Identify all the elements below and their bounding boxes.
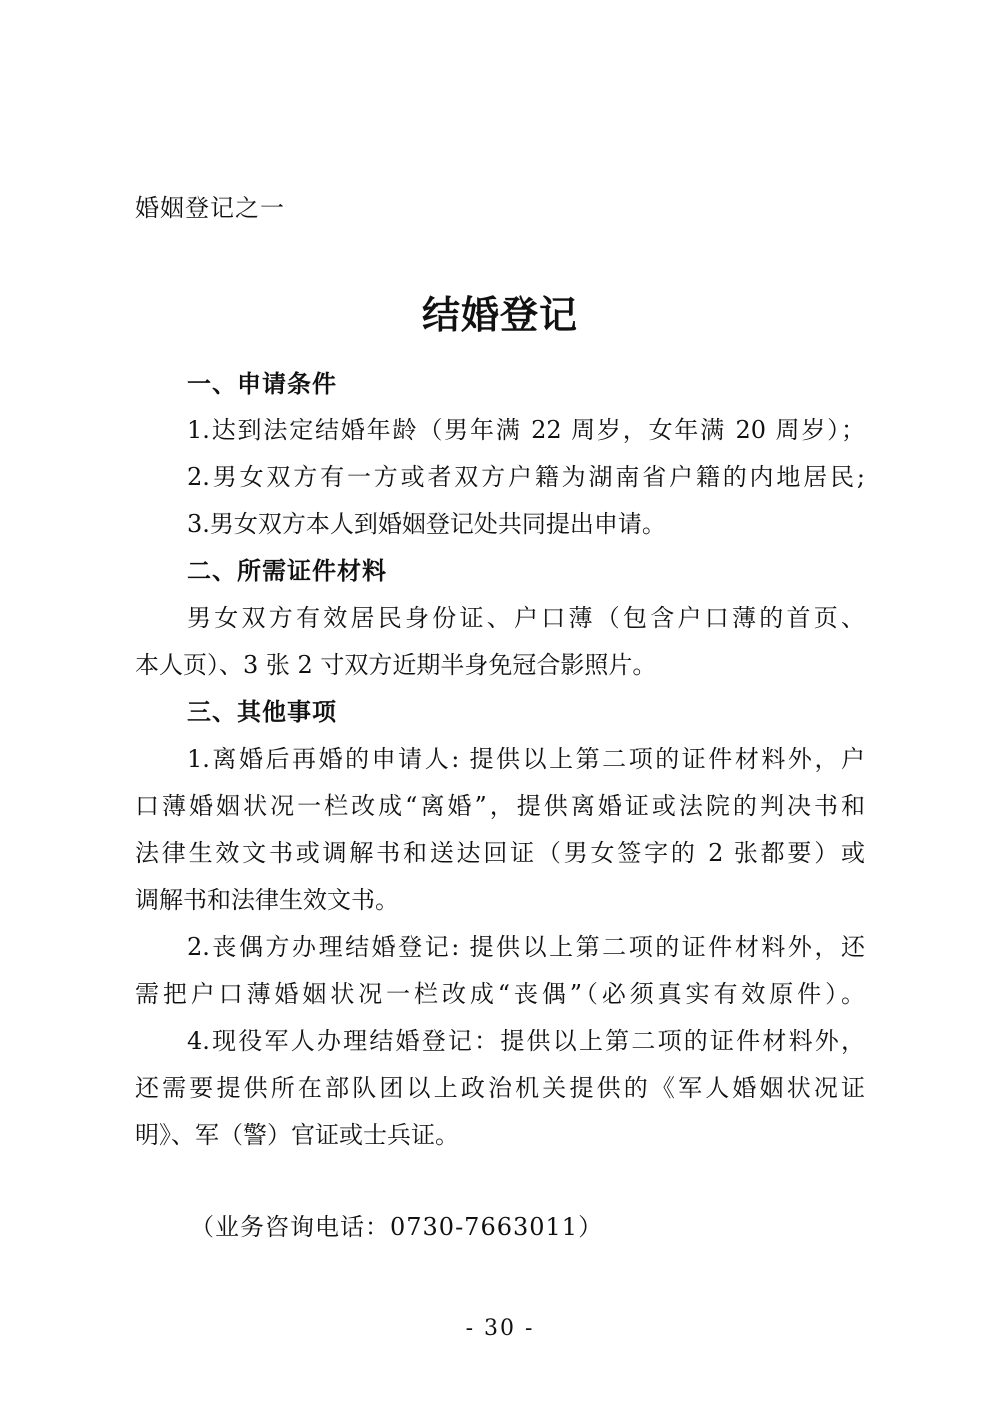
document-page: 婚姻登记之一 结婚登记 一、申请条件 1.达到法定结婚年龄（男年满 22 周岁，… <box>0 0 1000 1414</box>
materials-line-1: 男女双方有效居民身份证、户口薄（包含户口薄的首页、 <box>187 598 865 633</box>
section-heading-other: 三、其他事项 <box>187 692 337 727</box>
page-title: 结婚登记 <box>0 284 1000 339</box>
other-item-4-line-3: 明》、军（警）官证或士兵证。 <box>135 1115 865 1150</box>
series-label: 婚姻登记之一 <box>135 188 285 223</box>
condition-item-1: 1.达到法定结婚年龄（男年满 22 周岁，女年满 20 周岁）； <box>187 410 865 445</box>
other-item-4-line-1: 4.现役军人办理结婚登记：提供以上第二项的证件材料外， <box>187 1021 865 1056</box>
condition-item-3: 3.男女双方本人到婚姻登记处共同提出申请。 <box>187 504 865 539</box>
other-item-1-line-4: 调解书和法律生效文书。 <box>135 880 865 915</box>
other-item-4-line-2: 还需要提供所在部队团以上政治机关提供的《军人婚姻状况证 <box>135 1068 865 1103</box>
other-item-1-line-1: 1.离婚后再婚的申请人: 提供以上第二项的证件材料外，户 <box>187 739 865 774</box>
section-heading-conditions: 一、申请条件 <box>187 364 337 399</box>
other-item-2-line-1: 2.丧偶方办理结婚登记: 提供以上第二项的证件材料外，还 <box>187 927 865 962</box>
other-item-1-line-3: 法律生效文书或调解书和送达回证（男女签字的 2 张都要）或 <box>135 833 865 868</box>
other-item-2-line-2: 需把户口薄婚姻状况一栏改成“丧偶”（必须真实有效原件）。 <box>135 974 865 1009</box>
condition-item-2: 2.男女双方有一方或者双方户籍为湖南省户籍的内地居民; <box>187 457 865 492</box>
materials-line-2: 本人页）、3 张 2 寸双方近期半身免冠合影照片。 <box>135 645 865 680</box>
page-number: - 30 - <box>0 1316 1000 1341</box>
contact-phone: （业务咨询电话：0730-7663011） <box>190 1207 603 1242</box>
section-heading-materials: 二、所需证件材料 <box>187 551 387 586</box>
other-item-1-line-2: 口薄婚姻状况一栏改成“离婚”，提供离婚证或法院的判决书和 <box>135 786 865 821</box>
